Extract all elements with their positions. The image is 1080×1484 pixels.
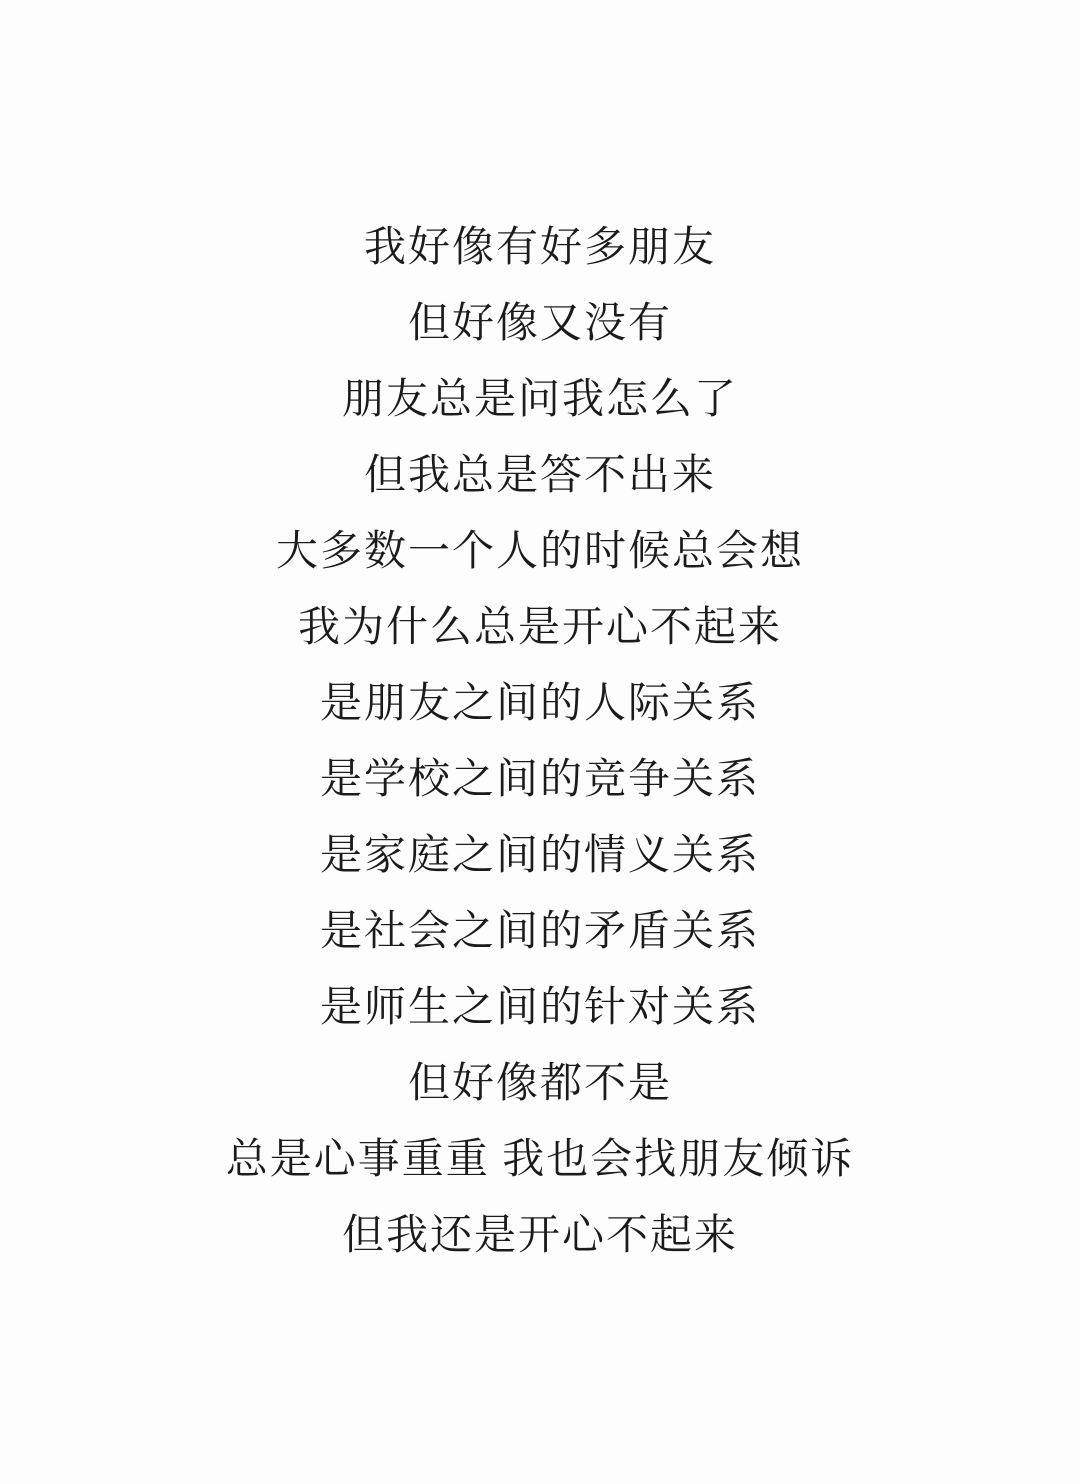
poem-line: 是师生之间的针对关系 bbox=[0, 970, 1080, 1046]
poem-line: 总是心事重重 我也会找朋友倾诉 bbox=[0, 1122, 1080, 1198]
poem-line: 朋友总是问我怎么了 bbox=[0, 362, 1080, 438]
poem-page: 我好像有好多朋友 但好像又没有 朋友总是问我怎么了 但我总是答不出来 大多数一个… bbox=[0, 0, 1080, 1484]
poem-line: 我好像有好多朋友 bbox=[0, 210, 1080, 286]
poem-line: 我为什么总是开心不起来 bbox=[0, 590, 1080, 666]
poem-line: 是学校之间的竞争关系 bbox=[0, 742, 1080, 818]
poem-line: 但好像都不是 bbox=[0, 1046, 1080, 1122]
poem-line: 大多数一个人的时候总会想 bbox=[0, 514, 1080, 590]
poem-line: 但我还是开心不起来 bbox=[0, 1198, 1080, 1274]
poem-line: 是家庭之间的情义关系 bbox=[0, 818, 1080, 894]
poem-line: 但我总是答不出来 bbox=[0, 438, 1080, 514]
poem-line: 是朋友之间的人际关系 bbox=[0, 666, 1080, 742]
poem-line: 是社会之间的矛盾关系 bbox=[0, 894, 1080, 970]
poem-line: 但好像又没有 bbox=[0, 286, 1080, 362]
